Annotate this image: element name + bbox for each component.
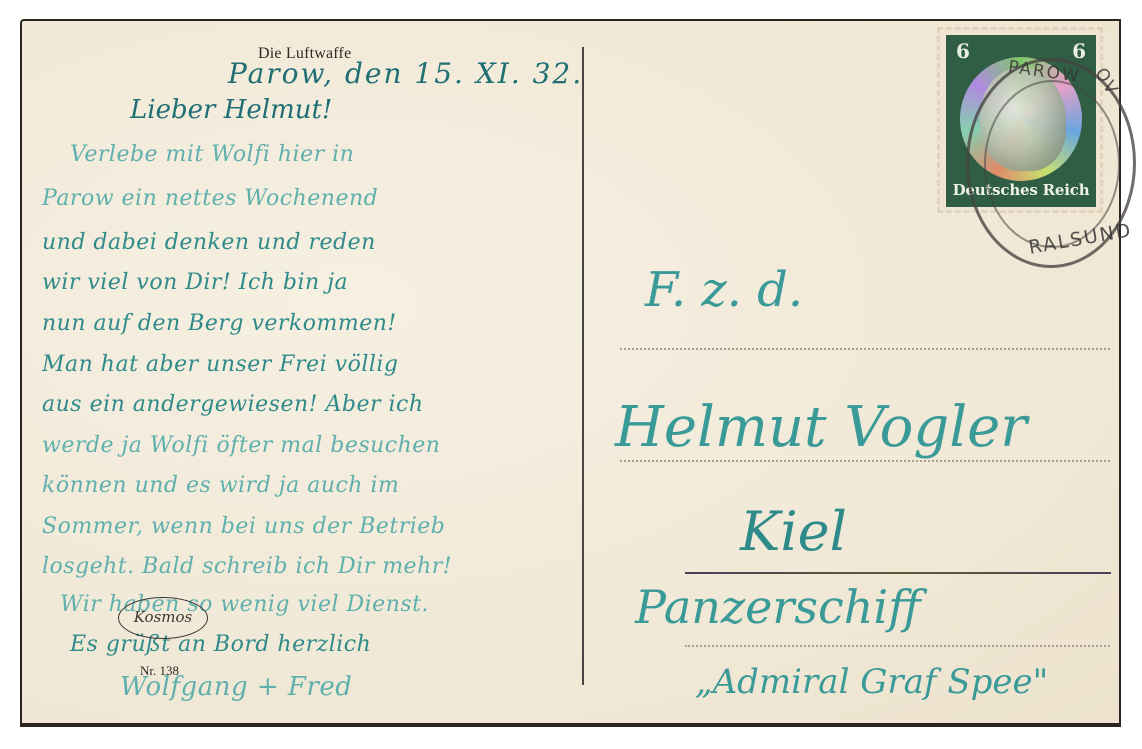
message-line: aus ein andergewiesen! Aber ich <box>42 392 424 417</box>
stamp-value-right: 6 <box>1072 39 1086 63</box>
message-line: wir viel von Dir! Ich bin ja <box>42 270 348 295</box>
message-line: Parow ein nettes Wochenend <box>42 186 378 211</box>
address-name: Helmut Vogler <box>615 395 1027 460</box>
message-line: können und es wird ja auch im <box>42 473 399 498</box>
message-greeting: Lieber Helmut! <box>130 95 332 125</box>
stamp-value-left: 6 <box>956 39 970 63</box>
message-line: Man hat aber unser Frei völlig <box>42 352 399 377</box>
address-line-3 <box>685 572 1111 574</box>
message-line: Verlebe mit Wolfi hier in <box>70 142 354 167</box>
address-line-1 <box>620 348 1110 350</box>
series-number: Nr. 138 <box>140 663 179 679</box>
message-line: nun auf den Berg verkommen! <box>42 311 397 336</box>
message-date: Parow, den 15. XI. 32. <box>228 57 583 90</box>
message-line: und dabei denken und reden <box>42 230 376 255</box>
message-line: Es grüßt an Bord herzlich <box>70 632 371 657</box>
address-line-2 <box>620 460 1110 462</box>
address-prefix: F. z. d. <box>645 262 803 318</box>
address-city: Kiel <box>740 500 847 563</box>
message-line: Wir haben so wenig viel Dienst. <box>60 592 429 617</box>
message-line: losgeht. Bald schreib ich Dir mehr! <box>42 554 452 579</box>
address-ship-name: „Admiral Graf Spee" <box>695 662 1048 702</box>
message-line: werde ja Wolfi öfter mal besuchen <box>42 433 440 458</box>
kosmos-logo: Kosmos <box>118 597 208 639</box>
address-ship-type: Panzerschiff <box>635 580 921 634</box>
message-line: Sommer, wenn bei uns der Betrieb <box>42 514 445 539</box>
address-line-4 <box>685 645 1110 647</box>
postmark-inner-ring <box>984 80 1120 248</box>
vertical-divider <box>582 47 584 685</box>
